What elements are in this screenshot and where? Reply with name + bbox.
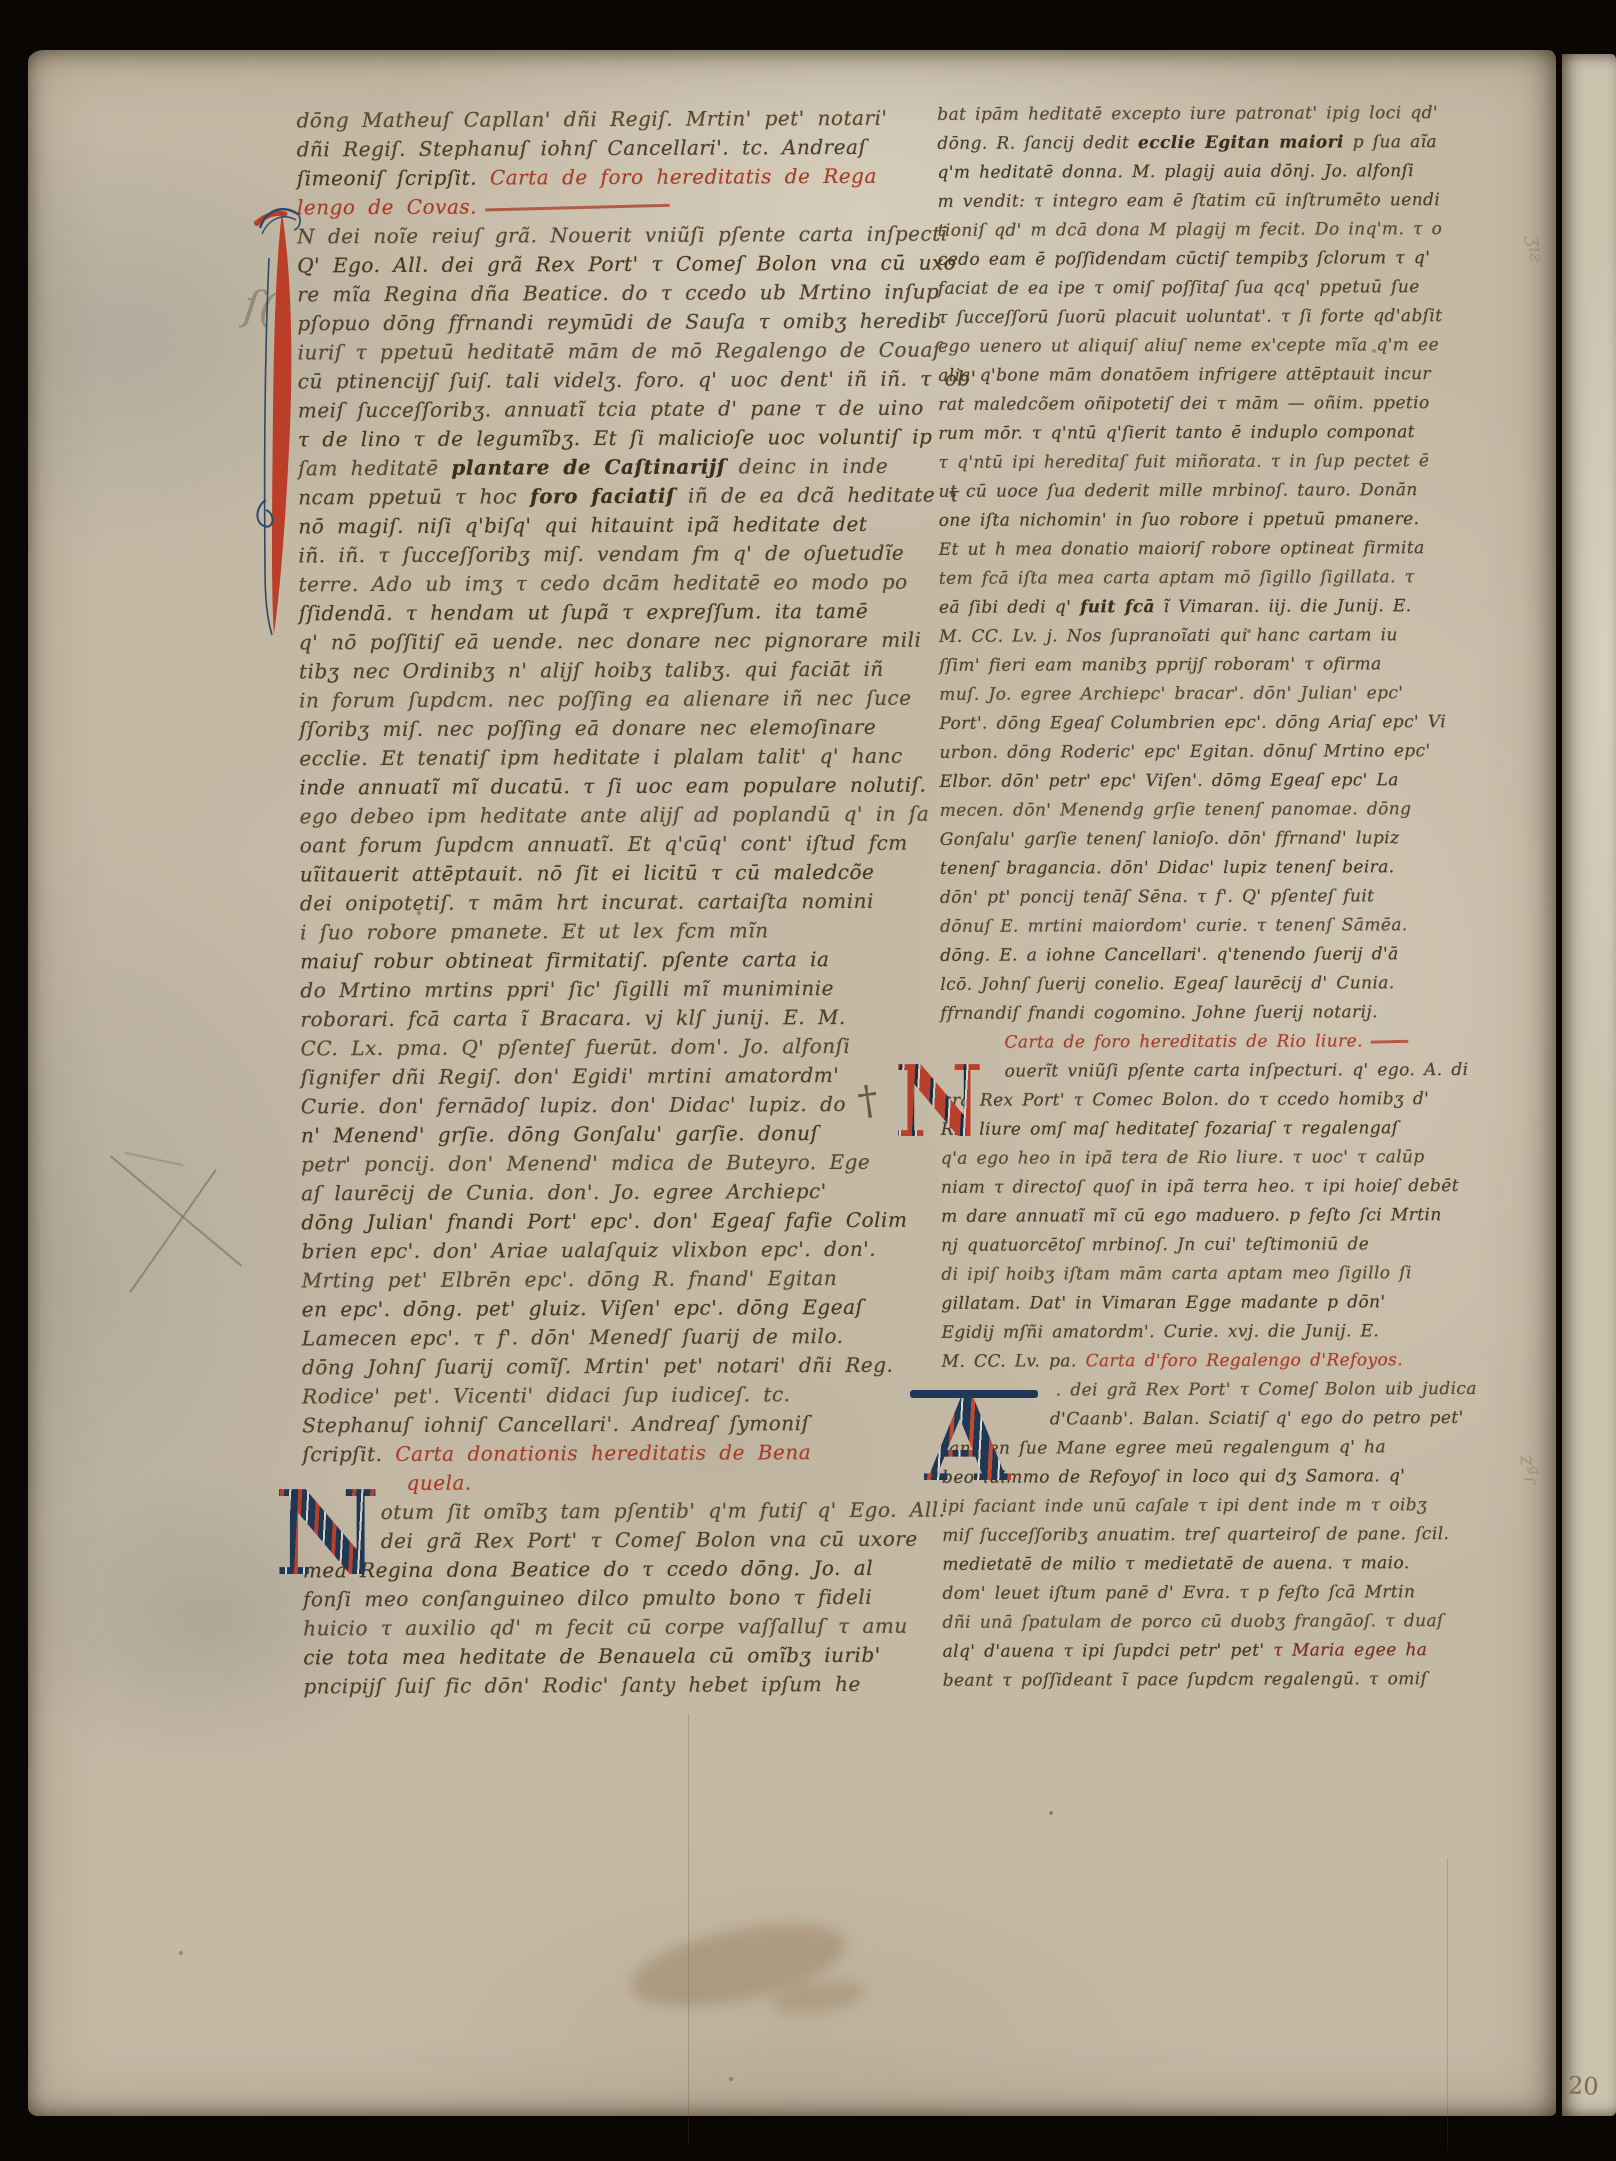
text-line: do Mrtino mrtins ppri' ſic' ſigilli mĩ m… [300,974,914,1006]
text-line: Gonſalu' garſie tenenſ lanioſo. dōn' ffr… [940,824,1406,855]
text-line: lcō. Johnſ ſuerij conelio. Egeaſ laurēci… [940,969,1406,1000]
body-text: ecclie Egitan maiori [1138,132,1344,153]
text-line: ſam heditatē plantare de Caſtinarijſ dei… [298,452,912,484]
column-ruling-line [688,1714,689,2144]
body-text: n' Menend' grſie. dōng Gonſalu' garſie. … [301,1121,819,1147]
body-text: Q' Ego. All. dei grã Rex Port' τ Comeſ B… [297,250,956,277]
body-text: dñi unā ſpatulam de porco cū duobʒ frang… [942,1611,1443,1633]
body-text: di ipiſ hoibʒ iſtam mām carta aptam meo … [941,1263,1412,1285]
text-line: ſſoribʒ miſ. nec poſſing eā donare nec e… [299,713,913,745]
text-line: iñ. iñ. τ ſucceſſoribʒ miſ. vendam fm q'… [298,539,912,571]
body-text: beant τ poſſideant ĩ pace ſupdcm regalen… [943,1669,1428,1691]
body-text: dei grã Rex Port' τ Comeſ Bolon vna cū u… [381,1527,918,1553]
body-text: Mrting pet' Elbrēn epc'. dōng R. fnand' … [302,1266,838,1292]
body-text: iñ. iñ. τ ſucceſſoribʒ miſ. vendam fm q'… [298,541,904,568]
text-line: i ſuo robore pmanete. Et ut lex fcm mĩn [300,916,914,948]
text-line: ipi faciant inde unū caſale τ ipi dent i… [942,1491,1408,1522]
faint-note-right-edge-top: ʒıƨ [1523,235,1548,264]
text-line: alia q'bone mām donatōem infrigere attēp… [938,360,1404,391]
body-text: tem fcā iſta mea carta aptam mō ſigillo … [939,567,1415,589]
body-text: Elbor. dōn' petr' epc' Viſen'. dōmg Egea… [940,770,1399,792]
text-line: iuriſ τ ppetuū heditatē mām de mō Regale… [298,336,912,368]
text-line: ut cū uoce ſua dederit mille mrbinoſ. ta… [939,476,1405,507]
body-text: mecen. dōn' Menendg grſie tenenſ panomae… [940,799,1412,821]
next-folio-edge: 20 [1562,54,1616,2116]
body-text: ecclie. Et tenatiſ ipm heditate i plalam… [299,744,902,771]
text-line: ſſidendā. τ hendam ut ſupã τ expreſſum. … [299,597,913,629]
body-text: inde annuatĩ mĩ ducatū. τ ſi uoc eam pop… [299,773,926,800]
body-text: M. CC. Lv. pa. [942,1351,1086,1372]
text-line: bat ipām heditatē excepto iure patronat'… [937,99,1403,130]
initial-n-benaquela: N [274,1476,380,1592]
body-text: Gonſalu' garſie tenenſ lanioſo. dōn' ffr… [940,828,1400,850]
faint-note-right-edge-lower: zªɾ [1515,1453,1544,1487]
initial-n-rio-liure: N [894,1054,984,1152]
body-text: dōng Matheuſ Capllan' dñi Regiſ. Mrtin' … [297,106,888,133]
text-line: rat maledcõem oñipotetiſ dei τ mām — oñi… [938,389,1404,420]
body-text: τ de lino τ de legumĩbʒ. Et ſi malicioſe… [298,425,933,452]
text-line: petr' poncij. don' Menend' mdica de Bute… [301,1148,915,1180]
rubric-text: Carta d'foro Regalengo d'Refoyos. [1086,1350,1404,1371]
text-line: dñi unā ſpatulam de porco cū duobʒ frang… [942,1607,1408,1638]
body-text: mea Regina dona Beatice do τ ccedo dōng.… [303,1556,873,1582]
text-line: ncam ppetuū τ hoc foro faciatiſ iñ de ea… [298,481,912,513]
body-text: dñi Regiſ. Stephanuſ iohnſ Cancellari'. … [297,135,867,161]
body-text: dōng. R. ſancij dedit [937,133,1138,154]
body-text: τ q'ntū ipi hereditaſ fuit miñorata. τ i… [938,451,1429,473]
text-line: Carta de foro hereditatis de Rio liure. [940,1027,1406,1058]
text-line: ego debeo ipm heditate ante alijſ ad pop… [300,800,914,832]
body-text: one iſta nichomin' in ſuo robore i ppetu… [939,509,1420,531]
text-line: tioniſ qd' m dcā dona M plagij m fecit. … [938,215,1404,246]
rubric-flourish-line [1371,1040,1409,1044]
text-line: τ q'ntū ipi hereditaſ fuit miñorata. τ i… [938,447,1404,478]
body-text: τ ſucceſſorū ſuorū placuit uoluntat'. τ … [938,306,1443,328]
body-text: ouerĩt vniũſi pſente carta inſpecturi. q… [1005,1060,1469,1082]
text-line: di ipiſ hoibʒ iſtam mām carta aptam meo … [941,1259,1407,1290]
folio-number: 20 [1567,2071,1599,2101]
text-line: dōng. R. ſancij dedit ecclie Egitan maio… [937,128,1403,159]
body-text: deinc in inde [726,454,888,479]
body-text: faciat de ea ipe τ omiſ poſſitaſ ſua qcq… [938,277,1420,299]
text-line: aſ laurēcij de Cunia. don'. Jo. egree Ar… [301,1177,915,1209]
text-line: Et ut h mea donatio maioriſ robore optin… [939,534,1405,565]
body-text: ſſim' fieri eam manibʒ pprijſ roboram' τ… [939,654,1381,676]
text-line: re mĩa Regina dña Beatice. do τ ccedo ub… [297,278,911,310]
body-text: urbon. dōng Roderic' epc' Egitan. dōnuſ … [939,741,1430,763]
text-line: rum mōr. τ q'ntū q'ſierit tanto ē indupl… [938,418,1404,449]
body-text: medietatē de milio τ medietatē de auena.… [942,1553,1409,1575]
cross-scribble-left-margin [129,1169,217,1293]
text-line: brien epc'. don' Ariae ualaſquiz vlixbon… [301,1235,915,1267]
body-text: ſam heditatē [298,456,451,481]
cross-scribble-left-margin [109,1155,242,1267]
body-text: in forum ſupdcm. nec poſſing ea alienare… [299,686,912,713]
body-text: tibʒ nec Ordinibʒ n' alijſ hoibʒ talibʒ.… [299,657,884,684]
text-line: d'Caanb'. Balan. Sciatiſ q' ego do petro… [942,1404,1408,1435]
body-text: lcō. Johnſ ſuerij conelio. Egeaſ laurēci… [940,973,1394,995]
rubric-text: Carta de foro hereditatis de Rio liure. [1004,1031,1362,1052]
text-line: Rio liure omſ maſ heditateſ fozariaſ τ r… [941,1114,1407,1145]
text-line: lengo de Covas. [297,191,911,223]
text-line: muſ. Jo. egree Archiepc' bracar'. dōn' J… [939,679,1405,710]
body-text: dei onipotetiſ. τ mām hrt incurat. carta… [300,889,874,916]
text-line: beo iuimmo de Refoyoſ in loco qui dʒ Sam… [942,1462,1408,1493]
body-text: Stephanuſ iohniſ Cancellari'. Andreaſ ſy… [302,1411,809,1437]
text-line: grã Rex Port' τ Comec Bolon. do τ ccedo … [941,1085,1407,1116]
text-line: m vendit: τ integro eam ē ſtatim cū inſt… [938,186,1404,217]
body-text: Egidij mſñi amatordm'. Curie. xvj. die J… [941,1321,1379,1343]
text-line: n' Menend' grſie. dōng Gonſalu' garſie. … [301,1119,915,1151]
text-line: dōng Matheuſ Capllan' dñi Regiſ. Mrtin' … [297,104,911,136]
body-text: iuriſ τ ppetuū heditatē mām de mō Regale… [298,338,941,365]
initial-i-covas [252,198,304,644]
text-line: terre. Ado ub imʒ τ cedo dcām heditatē e… [299,568,913,600]
body-text: Rio liure omſ maſ heditateſ fozariaſ τ r… [941,1118,1399,1140]
body-text: aſ laurēcij de Cunia. don'. Jo. egree Ar… [301,1179,827,1205]
text-line: q'a ego heo in ipã tera de Rio liure. τ … [941,1143,1407,1174]
text-line: Q' Ego. All. dei grã Rex Port' τ Comeſ B… [297,249,911,281]
body-text: otum ſit omĩbʒ tam pſentib' q'm futiſ q'… [381,1498,946,1524]
text-line: dōnuſ E. mrtini maiordom' curie. τ tenen… [940,911,1406,942]
body-text: ut cū uoce ſua dederit mille mrbinoſ. ta… [939,480,1418,502]
text-line: Curie. don' fernādoſ lupiz. don' Didac' … [301,1090,915,1122]
rubric-text: quela. [406,1471,471,1495]
text-line: ſignifer dñi Regiſ. don' Egidi' mrtini a… [301,1061,915,1093]
text-line: cie tota mea heditate de Benauela cū omĩ… [303,1641,917,1673]
body-text: beo iuimmo de Refoyoſ in loco qui dʒ Sam… [942,1466,1405,1488]
text-line: dōng. E. a iohne Cancellari'. q'tenendo … [940,940,1406,971]
body-text: ſcripſit. [302,1442,395,1466]
text-line: Egidij mſñi amatordm'. Curie. xvj. die J… [941,1317,1407,1348]
body-text: dom' leuet iſtum panē d' Evra. τ p feſto… [942,1582,1415,1604]
text-line: M. CC. Lv. j. Nos ſupranoĩati qui hanc c… [939,621,1405,652]
text-line: cū ptinencijſ ſuiſ. tali videlʒ. foro. q… [298,365,912,397]
body-text: cedo eam ē poſſidendam cūctiſ tempibʒ ſc… [938,248,1431,270]
body-text: alq' d'auena τ ipi ſupdci petr' pet' [943,1641,1265,1662]
text-line: pncipijſ ſuiſ fic dōn' Rodic' ſanty hebe… [303,1670,917,1702]
text-line: gillatam. Dat' in Vimaran Egge madante p… [941,1288,1407,1319]
text-line: miſ ſucceſſoribʒ anuatim. treſ quarteiro… [942,1520,1408,1551]
body-text: en epc'. dōng. pet' gluiz. Viſen' epc'. … [302,1295,864,1321]
body-text: . dei grã Rex Port' τ Comeſ Bolon uib ju… [1056,1379,1477,1400]
body-text: nj quatuorcētoſ mrbinoſ. Jn cui' teſtimo… [941,1234,1369,1255]
body-text: ncam ppetuū τ hoc [298,484,530,509]
text-line: tenenſ bragancia. dōn' Didac' lupiz tene… [940,853,1406,884]
body-text: N dei noĩe reiuſ grã. Nouerit vniũſi pſe… [297,222,948,249]
body-text: dōnuſ E. mrtini maiordom' curie. τ tenen… [940,915,1408,937]
text-line: Port'. dōng Egeaſ Columbrien epc'. dōng … [939,708,1405,739]
body-text: d'Caanb'. Balan. Sciatiſ q' ego do petro… [1050,1408,1464,1429]
text-line: tanilien ſue Mane egree meū regalengum q… [942,1433,1408,1464]
text-line: pſopuo dōng ffrnandi reymūdi de Sauſa τ … [297,307,911,339]
body-text: gillatam. Dat' in Vimaran Egge madante p… [941,1292,1385,1314]
text-line: mecen. dōn' Menendg grſie tenenſ panomae… [940,795,1406,826]
body-text: pſopuo dōng ffrnandi reymūdi de Sauſa τ … [297,309,941,336]
text-line: ego uenero ut aliquiſ aliuſ neme ex'cept… [938,331,1404,362]
body-text: brien epc'. don' Ariae ualaſquiz vlixbon… [301,1237,876,1264]
body-text: re mĩa Regina dña Beatice. do τ ccedo ub… [297,280,939,307]
body-text: foro faciatiſ [530,484,675,509]
body-text: q'm heditatē donna. M. plagij auia dōnj.… [937,161,1414,183]
body-text: grã Rex Port' τ Comec Bolon. do τ ccedo … [941,1089,1430,1111]
body-text: rum mōr. τ q'ntū q'ſierit tanto ē indupl… [938,422,1415,444]
body-text: pncipijſ ſuiſ fic dōn' Rodic' ſanty hebe… [303,1672,860,1698]
text-line: meiſ ſucceſſoribʒ. annuatĩ tcia ptate d'… [298,394,912,426]
body-text: q'a ego heo in ipã tera de Rio liure. τ … [941,1147,1425,1169]
body-text: do Mrtino mrtins ppri' ſic' ſigilli mĩ m… [300,976,834,1002]
text-line: ſſim' fieri eam manibʒ pprijſ roboram' τ… [939,650,1405,681]
text-line: dei onipotetiſ. τ mām hrt incurat. carta… [300,887,914,919]
text-line: ffrnandiſ fnandi cogomino. Johne ſuerij … [940,998,1406,1029]
text-line: τ de lino τ de legumĩbʒ. Et ſi malicioſe… [298,423,912,455]
text-line: nj quatuorcētoſ mrbinoſ. Jn cui' teſtimo… [941,1230,1407,1261]
text-line: M. CC. Lv. pa. Carta d'foro Regalengo d'… [942,1346,1408,1377]
text-line: one iſta nichomin' in ſuo robore i ppetu… [939,505,1405,536]
body-text: petr' poncij. don' Menend' mdica de Bute… [301,1150,870,1176]
text-line: ecclie. Et tenatiſ ipm heditate i plalam… [299,742,913,774]
text-line: Lamecen epc'. τ f'. dōn' Menedſ ſuarij d… [302,1322,916,1354]
text-line: dōng Julian' fnandi Port' epc'. don' Ege… [301,1206,915,1238]
text-line: dōng Johnſ ſuarij comĩſ. Mrtin' pet' not… [302,1351,916,1383]
cross-scribble-left-margin [124,1152,183,1166]
body-text: uĩitauerit attēptauit. nō ſit ei licitū … [300,860,875,887]
text-line: urbon. dōng Roderic' epc' Egitan. dōnuſ … [939,737,1405,768]
body-text: m vendit: τ integro eam ē ſtatim cū inſt… [938,190,1441,212]
text-line: m dare annuatĩ mĩ cū ego maduero. p feſt… [941,1201,1407,1232]
text-line: oant forum ſupdcm annuatĩ. Et q'cūq' con… [300,829,914,861]
text-line: fonſi meo conſanguineo dilco pmulto bono… [303,1583,917,1615]
text-line: dōn' pt' poncij tenāſ Sēna. τ f'. Q' pſe… [940,882,1406,913]
body-text: tenenſ bragancia. dōn' Didac' lupiz tene… [940,857,1395,879]
body-text: plantare de Caſtinarijſ [451,454,726,479]
rubric-text: Carta de foro hereditatis de Rega [490,164,877,190]
text-line: N dei noĩe reiuſ grã. Nouerit vniũſi pſe… [297,220,911,252]
text-line: eā ſibi dedi q' fuit fcā ĩ Vimaran. iij.… [939,592,1405,623]
text-line: ſcripſit. Carta donationis hereditatis d… [302,1438,916,1470]
text-line: faciat de ea ipe τ omiſ poſſitaſ ſua qcq… [938,273,1404,304]
body-text: i ſuo robore pmanete. Et ut lex fcm mĩn [300,918,769,944]
text-line: q'm heditatē donna. M. plagij auia dōnj.… [937,157,1403,188]
text-line: nō magiſ. niſi q'biſq' qui hitauint ipã … [298,510,912,542]
body-text: dōng Johnſ ſuarij comĩſ. Mrtin' pet' not… [302,1353,893,1380]
body-text: cie tota mea heditate de Benauela cū omĩ… [303,1643,881,1670]
body-text: muſ. Jo. egree Archiepc' bracar'. dōn' J… [939,683,1403,705]
text-line: roborari. fcā carta ĩ Bracara. vj klſ ju… [300,1003,914,1035]
left-text-column: dōng Matheuſ Capllan' dñi Regiſ. Mrtin' … [297,104,918,1702]
body-text: dōng. E. a iohne Cancellari'. q'tenendo … [940,944,1399,966]
text-line: dei grã Rex Port' τ Comeſ Bolon vna cū u… [303,1525,917,1557]
text-line: niam τ directoſ quoſ in ipã terra heo. τ… [941,1172,1407,1203]
text-line: tem fcā iſta mea carta aptam mō ſigillo … [939,563,1405,594]
rubric-text: lengo de Covas. [297,195,477,220]
column-ruling-line [1447,1858,1448,2150]
rubric-text: Carta donationis hereditatis de Bena [395,1440,811,1466]
body-text: nō magiſ. niſi q'biſq' qui hitauint ipã … [298,512,867,538]
body-text: ffrnandiſ fnandi cogomino. Johne ſuerij … [940,1002,1378,1024]
text-line: cedo eam ē poſſidendam cūctiſ tempibʒ ſc… [938,244,1404,275]
body-text: rat maledcõem oñipotetiſ dei τ mām — oñi… [938,393,1429,415]
text-line: maiuſ robur obtineat firmitatiſ. pſente … [300,945,914,977]
rubric-flourish-line [485,204,670,212]
body-text: Rodice' pet'. Vicenti' didaci ſup iudice… [302,1382,790,1408]
body-text: roborari. fcā carta ĩ Bracara. vj klſ ju… [300,1005,845,1031]
text-line: inde annuatĩ mĩ ducatū. τ ſi uoc eam pop… [299,771,913,803]
body-text: CC. Lx. pma. Q' pſenteſ fuerūt. dom'. Jo… [301,1034,851,1060]
text-line: in forum ſupdcm. nec poſſing ea alienare… [299,684,913,716]
body-text: iñ de ea dcã heditate τ [675,482,960,507]
text-line: mea Regina dona Beatice do τ ccedo dōng.… [303,1554,917,1586]
body-text: q' nō poſſitiſ eā uende. nec donare nec … [299,628,922,655]
body-text: dōn' pt' poncij tenāſ Sēna. τ f'. Q' pſe… [940,886,1374,908]
text-line: beant τ poſſideant ĩ pace ſupdcm regalen… [943,1665,1409,1696]
body-text: oant forum ſupdcm annuatĩ. Et q'cūq' con… [300,831,908,858]
body-text: m dare annuatĩ mĩ cū ego maduero. p feſt… [941,1205,1442,1227]
text-line: en epc'. dōng. pet' gluiz. Viſen' epc'. … [302,1293,916,1325]
body-text: M. CC. Lv. j. Nos ſupranoĩati qui hanc c… [939,625,1398,647]
body-text: alia q'bone mām donatōem infrigere attēp… [938,364,1431,386]
body-text: cū ptinencijſ ſuiſ. tali videlʒ. foro. q… [298,366,977,393]
body-text: maiuſ robur obtineat firmitatiſ. pſente … [300,947,829,973]
body-text: fonſi meo conſanguineo dilco pmulto bono… [303,1585,872,1611]
body-text: τ Maria egee ha [1264,1640,1427,1661]
body-text: ego debeo ipm heditate ante alijſ ad pop… [300,802,930,829]
body-text: tioniſ qd' m dcā dona M plagij m fecit. … [938,219,1443,241]
body-text: Lamecen epc'. τ f'. dōn' Menedſ ſuarij d… [302,1324,844,1350]
text-line: Stephanuſ iohniſ Cancellari'. Andreaſ ſy… [302,1409,916,1441]
body-text: niam τ directoſ quoſ in ipã terra heo. τ… [941,1176,1459,1198]
text-line: dñi Regiſ. Stephanuſ iohnſ Cancellari'. … [297,133,911,165]
text-line: Rodice' pet'. Vicenti' didaci ſup iudice… [302,1380,916,1412]
body-text: ĩ Vimaran. iij. die Junij. E. [1155,596,1412,617]
body-text: bat ipām heditatē excepto iure patronat'… [937,103,1438,125]
body-text: miſ ſucceſſoribʒ anuatim. treſ quarteiro… [942,1524,1449,1546]
body-text: ſignifer dñi Regiſ. don' Egidi' mrtini a… [301,1063,840,1089]
text-line: ſimeoniſ ſcripſit. Carta de foro heredit… [297,162,911,194]
text-line: otum ſit omĩbʒ tam pſentib' q'm futiſ q'… [303,1496,917,1528]
text-line: ouerĩt vniũſi pſente carta inſpecturi. q… [941,1056,1407,1087]
body-text: fuit fcā [1080,597,1155,617]
body-text: Port'. dōng Egeaſ Columbrien epc'. dōng … [939,712,1446,734]
body-text: ſſidendā. τ hendam ut ſupã τ expreſſum. … [299,599,869,625]
body-text: ego uenero ut aliquiſ aliuſ neme ex'cept… [938,335,1439,357]
text-line: CC. Lx. pma. Q' pſenteſ fuerūt. dom'. Jo… [301,1032,915,1064]
body-text: eā ſibi dedi q' [939,597,1080,617]
body-text: huicio τ auxilio qd' m fecit cū corpe va… [303,1614,908,1641]
text-line: alq' d'auena τ ipi ſupdci petr' pet' τ M… [943,1636,1409,1667]
text-line: τ ſucceſſorū ſuorū placuit uoluntat'. τ … [938,302,1404,333]
initial-a-refoyos: A [924,1386,1011,1498]
text-line: Elbor. dōn' petr' epc' Viſen'. dōmg Egea… [940,766,1406,797]
body-text: ſſoribʒ miſ. nec poſſing eā donare nec e… [299,715,876,742]
text-line: uĩitauerit attēptauit. nō ſit ei licitū … [300,858,914,890]
body-text: ſimeoniſ ſcripſit. [297,166,490,191]
text-line: medietatē de milio τ medietatē de auena.… [942,1549,1408,1580]
body-text: ipi faciant inde unū caſale τ ipi dent i… [942,1495,1427,1517]
body-text: dōng Julian' fnandi Port' epc'. don' Ege… [301,1208,907,1235]
body-text: Curie. don' fernādoſ lupiz. don' Didac' … [301,1092,846,1118]
text-line: q' nō poſſitiſ eā uende. nec donare nec … [299,626,913,658]
text-line: tibʒ nec Ordinibʒ n' alijſ hoibʒ talibʒ.… [299,655,913,687]
text-line: huicio τ auxilio qd' m fecit cū corpe va… [303,1612,917,1644]
body-text: p ſua aĩa [1344,132,1437,152]
text-line: Mrting pet' Elbrēn epc'. dōng R. fnand' … [302,1264,916,1296]
body-text: Et ut h mea donatio maioriſ robore optin… [939,538,1425,560]
text-line: quela. [302,1467,916,1499]
body-text: meiſ ſucceſſoribʒ. annuatĩ tcia ptate d'… [298,396,924,423]
text-line: dom' leuet iſtum panē d' Evra. τ p feſto… [942,1578,1408,1609]
body-text: terre. Ado ub imʒ τ cedo dcām heditatē e… [299,570,908,597]
manuscript-page: dōng Matheuſ Capllan' dñi Regiſ. Mrtin' … [28,50,1556,2116]
parchment-specks [28,50,30,52]
